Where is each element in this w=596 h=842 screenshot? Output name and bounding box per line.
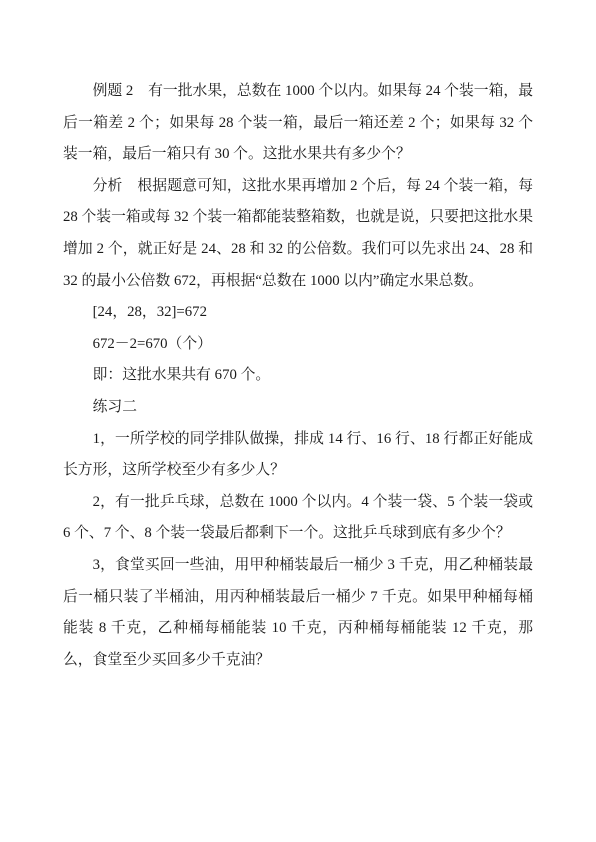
exercise-problem-2: 2，有一批乒乓球，总数在 1000 个以内。4 个装一袋、5 个装一袋或 6 个…: [63, 487, 533, 550]
formula-subtract-line: 672－2=670（个）: [63, 329, 533, 361]
conclusion-line: 即：这批水果共有 670 个。: [63, 360, 533, 392]
exercise-section-heading: 练习二: [63, 392, 533, 424]
example-problem-paragraph: 例题 2 有一批水果，总数在 1000 个以内。如果每 24 个装一箱，最后一箱…: [63, 76, 533, 171]
formula-lcm-line: [24，28，32]=672: [63, 297, 533, 329]
exercise-problem-1: 1，一所学校的同学排队做操，排成 14 行、16 行、18 行都正好能成长方形，…: [63, 424, 533, 487]
document-page: 例题 2 有一批水果，总数在 1000 个以内。如果每 24 个装一箱，最后一箱…: [0, 0, 596, 842]
analysis-paragraph: 分析 根据题意可知，这批水果再增加 2 个后，每 24 个装一箱，每 28 个装…: [63, 171, 533, 297]
exercise-problem-3: 3，食堂买回一些油，用甲种桶装最后一桶少 3 千克，用乙种桶装最后一桶只装了半桶…: [63, 550, 533, 676]
